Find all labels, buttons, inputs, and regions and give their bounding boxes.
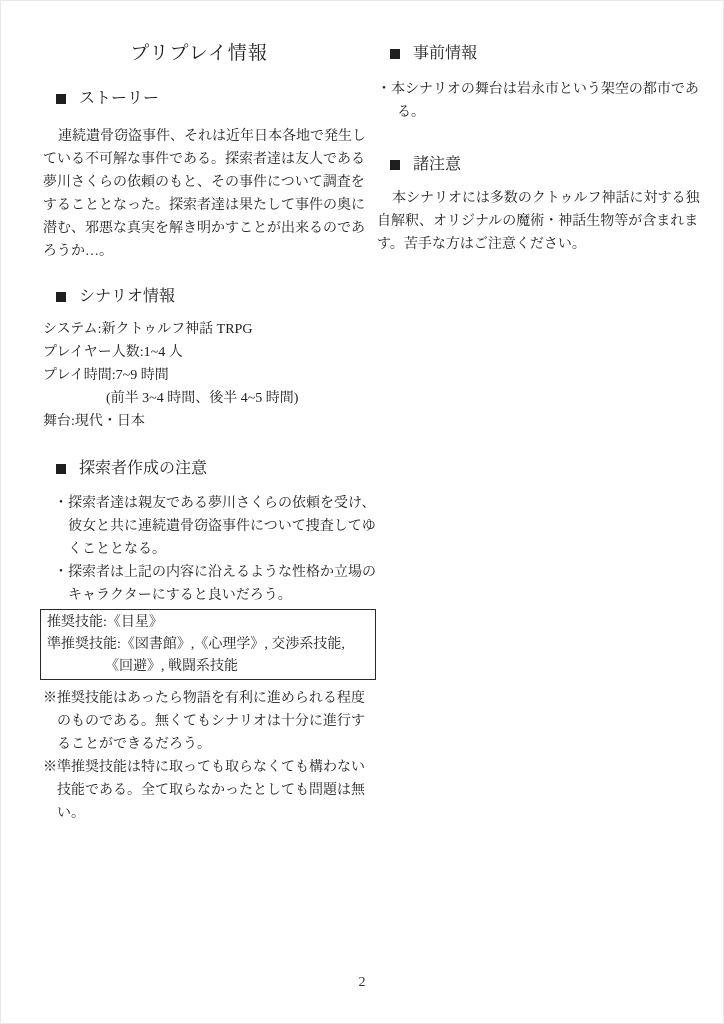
section-heading-label: 事前情報 bbox=[413, 43, 477, 65]
note-line: い。 bbox=[43, 802, 379, 825]
cautions-line: 本シナリオには多数のクトゥルフ神話に対する独 bbox=[377, 187, 677, 210]
skill-notes: ※推奨技能はあったら物語を有利に進められる程度 のものである。無くてもシナリオは… bbox=[43, 687, 379, 825]
scenario-info-line: システム:新クトゥルフ神話 TRPG bbox=[43, 318, 379, 341]
page-title: プリプレイ情報 bbox=[43, 40, 355, 68]
cautions-line: す。苦手な方はご注意ください。 bbox=[377, 233, 677, 256]
advance-info-paragraph: ・本シナリオの舞台は岩永市という架空の都市であ る。 bbox=[377, 78, 677, 124]
note-line: ることができるだろう。 bbox=[43, 733, 379, 756]
section-marker-icon bbox=[390, 160, 400, 170]
bullet-line: ・探索者は上記の内容に沿えるような性格か立場の bbox=[43, 561, 379, 584]
scenario-info-line: プレイヤー人数:1~4 人 bbox=[43, 341, 379, 364]
cautions-paragraph: 本シナリオには多数のクトゥルフ神話に対する独 自解釈、オリジナルの魔術・神話生物… bbox=[377, 187, 677, 256]
scenario-info-line: (前半 3~4 時間、後半 4~5 時間) bbox=[43, 387, 379, 410]
scenario-info-line: プレイ時間:7~9 時間 bbox=[43, 364, 379, 387]
section-heading-scenario-info: シナリオ情報 bbox=[43, 286, 379, 308]
section-heading-label: ストーリー bbox=[79, 88, 159, 110]
section-heading-investigator-notes: 探索者作成の注意 bbox=[43, 458, 379, 480]
story-line: することとなった。探索者達は果たして事件の奥に bbox=[43, 194, 379, 217]
note-line: ※推奨技能はあったら物語を有利に進められる程度 bbox=[43, 687, 379, 710]
page-number: 2 bbox=[0, 973, 724, 993]
scenario-info-list: システム:新クトゥルフ神話 TRPG プレイヤー人数:1~4 人 プレイ時間:7… bbox=[43, 318, 379, 433]
skill-box-line: 推奨技能:《目星》 bbox=[47, 612, 369, 634]
section-heading-label: 探索者作成の注意 bbox=[79, 458, 207, 480]
bullet-line: くこととなる。 bbox=[43, 538, 379, 561]
section-marker-icon bbox=[390, 49, 400, 59]
story-line: ている不可解な事件である。探索者達は友人である bbox=[43, 148, 379, 171]
note-line: 技能である。全て取らなかったとしても問題は無 bbox=[43, 779, 379, 802]
right-column: 事前情報 ・本シナリオの舞台は岩永市という架空の都市であ る。 諸注意 本シナリ… bbox=[377, 0, 677, 256]
section-marker-icon bbox=[56, 94, 66, 104]
document-page: プリプレイ情報 ストーリー 連続遺骨窃盗事件、それは近年日本各地で発生し ている… bbox=[0, 0, 724, 1024]
left-column: プリプレイ情報 ストーリー 連続遺骨窃盗事件、それは近年日本各地で発生し ている… bbox=[43, 0, 379, 825]
section-marker-icon bbox=[56, 464, 66, 474]
bullet-line: 彼女と共に連続遺骨窃盗事件について捜査してゆ bbox=[43, 515, 379, 538]
story-line: 潜む、邪悪な真実を解き明かすことが出来るのであ bbox=[43, 217, 379, 240]
skill-box-line: 《回避》, 戦闘系技能 bbox=[47, 656, 369, 678]
story-line: ろうか…。 bbox=[43, 240, 379, 263]
section-heading-cautions: 諸注意 bbox=[377, 154, 677, 176]
advance-info-line: る。 bbox=[377, 101, 677, 124]
note-line: のものである。無くてもシナリオは十分に進行す bbox=[43, 710, 379, 733]
bullet-line: キャラクターにすると良いだろう。 bbox=[43, 584, 379, 607]
bullet-line: ・探索者達は親友である夢川さくらの依頼を受け、 bbox=[43, 492, 379, 515]
section-heading-label: 諸注意 bbox=[413, 154, 461, 176]
story-line: 夢川さくらの依頼のもと、その事件について調査を bbox=[43, 171, 379, 194]
section-heading-advance-info: 事前情報 bbox=[377, 43, 677, 65]
skill-box-line: 準推奨技能:《図書館》,《心理学》, 交渉系技能, bbox=[47, 634, 369, 656]
investigator-bullet-list: ・探索者達は親友である夢川さくらの依頼を受け、 彼女と共に連続遺骨窃盗事件につい… bbox=[43, 492, 379, 607]
section-heading-label: シナリオ情報 bbox=[79, 286, 175, 308]
story-line: 連続遺骨窃盗事件、それは近年日本各地で発生し bbox=[43, 125, 379, 148]
recommended-skills-box: 推奨技能:《目星》 準推奨技能:《図書館》,《心理学》, 交渉系技能, 《回避》… bbox=[40, 609, 376, 680]
advance-info-line: ・本シナリオの舞台は岩永市という架空の都市であ bbox=[377, 78, 677, 101]
cautions-line: 自解釈、オリジナルの魔術・神話生物等が含まれま bbox=[377, 210, 677, 233]
section-heading-story: ストーリー bbox=[43, 88, 379, 110]
scenario-info-line: 舞台:現代・日本 bbox=[43, 410, 379, 433]
note-line: ※準推奨技能は特に取っても取らなくても構わない bbox=[43, 756, 379, 779]
story-paragraph: 連続遺骨窃盗事件、それは近年日本各地で発生し ている不可解な事件である。探索者達… bbox=[43, 125, 379, 263]
section-marker-icon bbox=[56, 292, 66, 302]
